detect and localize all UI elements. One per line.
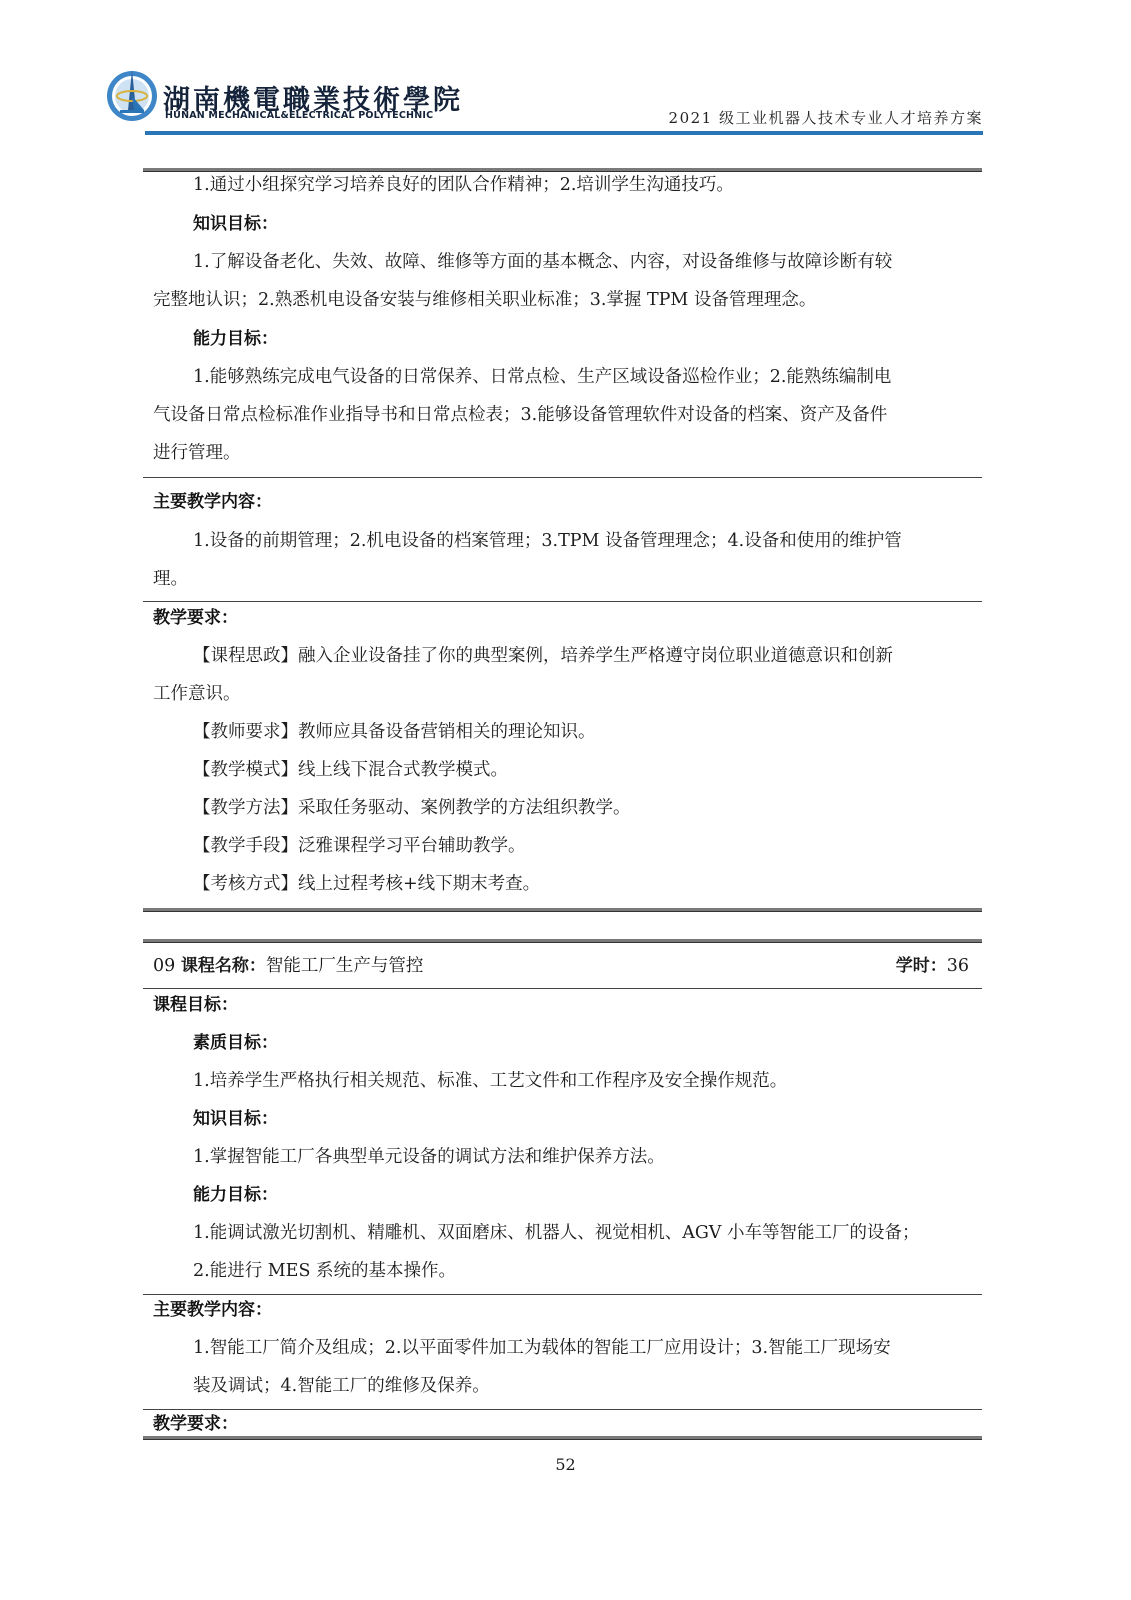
content-heading: 主要教学内容： bbox=[153, 490, 272, 514]
course-title: 09 课程名称：智能工厂生产与管控 bbox=[153, 954, 423, 978]
hours-label: 学时： bbox=[896, 956, 947, 976]
ability-goals-line: 1.能调试激光切割机、精雕机、双面磨床、机器人、视觉相机、AGV 小车等智能工厂… bbox=[193, 1221, 920, 1245]
page-header: 湖南機電職業技術學院 HUNAN MECHANICAL&ELECTRICAL P… bbox=[0, 0, 1131, 140]
course-name-label: 课程名称： bbox=[181, 956, 266, 976]
requirement-line: 【课程思政】融入企业设备挂了你的典型案例，培养学生严格遵守岗位职业道德意识和创新 bbox=[193, 644, 893, 668]
quality-goals-text: 1.培养学生严格执行相关规范、标准、工艺文件和工作程序及安全操作规范。 bbox=[193, 1069, 787, 1093]
requirement-line: 【教学手段】泛雅课程学习平台辅助教学。 bbox=[193, 834, 526, 858]
school-emblem-icon bbox=[104, 66, 160, 122]
content-heading: 主要教学内容： bbox=[153, 1298, 272, 1322]
content-line: 1.设备的前期管理；2.机电设备的档案管理；3.TPM 设备管理理念；4.设备和… bbox=[193, 529, 902, 553]
course-goals-heading: 课程目标： bbox=[153, 993, 238, 1017]
table-border-top bbox=[143, 939, 982, 943]
section-divider bbox=[143, 1294, 982, 1295]
section-divider bbox=[143, 601, 982, 602]
course-name: 智能工厂生产与管控 bbox=[266, 956, 424, 976]
requirement-line: 【教学模式】线上线下混合式教学模式。 bbox=[193, 758, 508, 782]
quality-goals-text: 1.通过小组探究学习培养良好的团队合作精神；2.培训学生沟通技巧。 bbox=[193, 173, 734, 197]
header-divider bbox=[145, 131, 983, 135]
course-hours: 学时：36 bbox=[896, 954, 969, 978]
ability-goals-heading: 能力目标： bbox=[193, 1183, 278, 1207]
knowledge-goals-text: 1.掌握智能工厂各典型单元设备的调试方法和维护保养方法。 bbox=[193, 1145, 665, 1169]
knowledge-goals-heading: 知识目标： bbox=[193, 212, 278, 236]
content-line: 装及调试；4.智能工厂的维修及保养。 bbox=[193, 1374, 490, 1398]
requirement-line: 工作意识。 bbox=[153, 682, 241, 706]
ability-goals-line: 气设备日常点检标准作业指导书和日常点检表；3.能够设备管理软件对设备的档案、资产… bbox=[153, 403, 887, 427]
requirement-line: 【教师要求】教师应具备设备营销相关的理论知识。 bbox=[193, 720, 596, 744]
section-divider bbox=[143, 477, 982, 478]
course-number: 09 bbox=[153, 956, 175, 976]
table-border-top bbox=[143, 168, 982, 172]
table-border-bottom bbox=[143, 908, 982, 912]
requirement-line: 【教学方法】采取任务驱动、案例教学的方法组织教学。 bbox=[193, 796, 631, 820]
ability-goals-heading: 能力目标： bbox=[193, 327, 278, 351]
ability-goals-line: 2.能进行 MES 系统的基本操作。 bbox=[193, 1259, 456, 1283]
requirements-heading: 教学要求： bbox=[153, 606, 238, 630]
ability-goals-line: 进行管理。 bbox=[153, 441, 241, 465]
content-line: 理。 bbox=[153, 567, 188, 591]
content-line: 1.智能工厂简介及组成；2.以平面零件加工为载体的智能工厂应用设计；3.智能工厂… bbox=[193, 1336, 891, 1360]
page-number: 52 bbox=[0, 1455, 1131, 1474]
section-divider bbox=[143, 1409, 982, 1410]
school-name-en: HUNAN MECHANICAL&ELECTRICAL POLYTECHNIC bbox=[165, 110, 433, 121]
section-divider bbox=[143, 988, 982, 989]
knowledge-goals-line: 1.了解设备老化、失效、故障、维修等方面的基本概念、内容，对设备维修与故障诊断有… bbox=[193, 250, 892, 274]
requirement-line: 【考核方式】线上过程考核+线下期末考查。 bbox=[193, 872, 540, 896]
knowledge-goals-heading: 知识目标： bbox=[193, 1107, 278, 1131]
table-border-bottom bbox=[143, 1436, 982, 1440]
hours-value: 36 bbox=[947, 956, 969, 976]
document-title: 2021 级工业机器人技术专业人才培养方案 bbox=[669, 107, 983, 128]
quality-goals-heading: 素质目标： bbox=[193, 1031, 278, 1055]
requirements-heading: 教学要求： bbox=[153, 1412, 238, 1436]
knowledge-goals-line: 完整地认识；2.熟悉机电设备安装与维修相关职业标准；3.掌握 TPM 设备管理理… bbox=[153, 288, 816, 312]
ability-goals-line: 1.能够熟练完成电气设备的日常保养、日常点检、生产区域设备巡检作业；2.能熟练编… bbox=[193, 365, 891, 389]
